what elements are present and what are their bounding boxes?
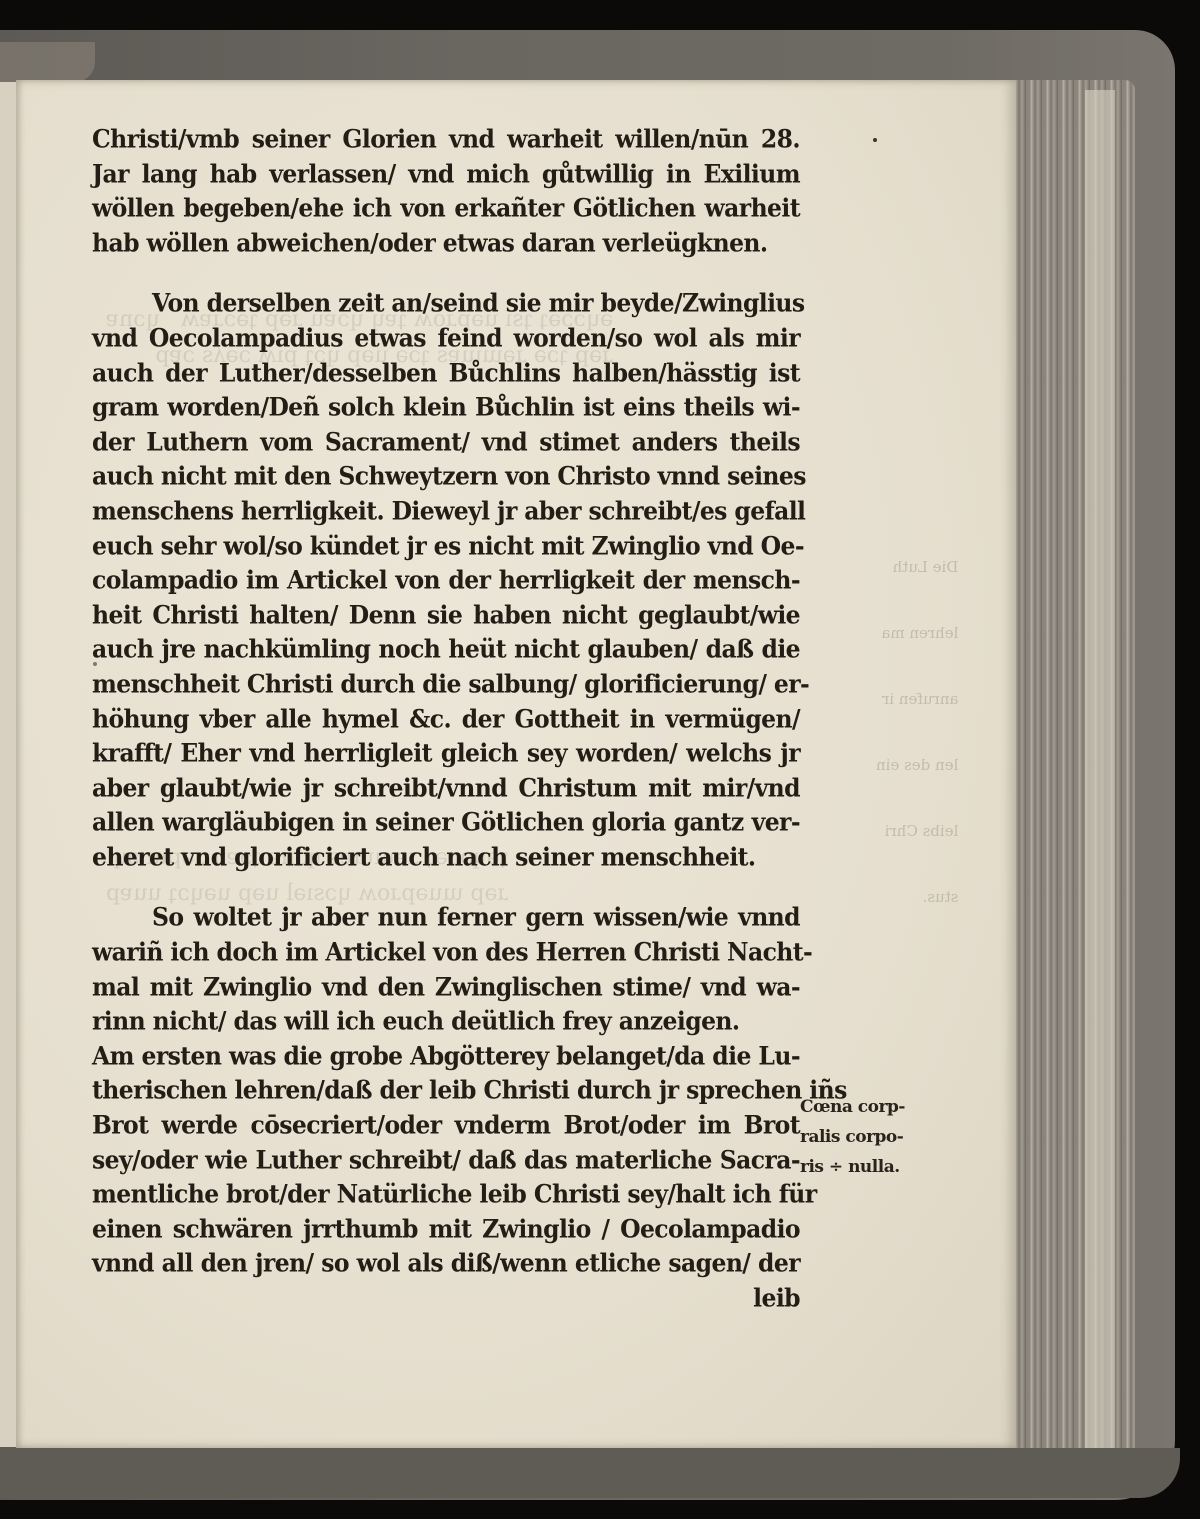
catchword: leib [92,1280,800,1317]
text-line: hab wöllen abweichen/oder etwas daran ve… [92,224,800,261]
binding-wear-patch [0,42,95,82]
bleed-line: leibs Chri [876,820,958,842]
text-line: vnnd all den jren/ so wol als diß/wenn e… [92,1245,800,1282]
text-line: colampadio im Artickel von der herrligke… [92,562,800,599]
text-line: vnd Oecolampadius etwas feind worden/so … [92,320,800,357]
text-line: sey/oder wie Luther schreibt/ daß das ma… [92,1141,800,1178]
bleed-line: len des ein [876,754,958,776]
text-line: höhung vber alle hymel &c. der Gottheit … [92,700,800,737]
page-block-edges [1010,80,1135,1490]
text-line: auch nicht mit den Schweytzern von Chris… [92,458,800,495]
text-line: Christi/vmb seiner Glorien vnd warheit w… [92,121,800,158]
text-line: wöllen begeben/ehe ich von erkañter Götl… [92,190,800,227]
paragraph-1: Christi/vmb seiner Glorien vnd warheit w… [92,122,800,260]
text-line: Brot werde cōsecriert/oder vnderm Brot/o… [92,1107,800,1144]
paragraph-gap [92,260,800,286]
main-text-block: Christi/vmb seiner Glorien vnd warheit w… [92,122,800,1316]
marginal-note-line: ralis corpo- [800,1122,930,1152]
bleed-line: anrufen ir [876,688,958,710]
show-through-marginal-note: Die Luth lehren ma anrufen ir len des ei… [876,512,958,952]
text-line: mentliche brot/der Natürliche leib Chris… [92,1176,800,1213]
text-line: gram worden/Deñ solch klein Bůchlin ist … [92,389,800,426]
text-line: eheret vnd glorificiert auch nach seiner… [92,838,800,875]
paragraph-gap [92,874,800,900]
marginal-note-line: Cœna corp- [800,1092,930,1122]
text-line: menschens herrligkeit. Dieweyl jr aber s… [92,493,800,530]
text-line: therischen lehren/daß der leib Christi d… [92,1072,800,1109]
text-line: euch sehr wol/so kündet jr es nicht mit … [92,527,800,564]
marginal-note-line: ris ÷ nulla. [800,1152,930,1182]
text-line: So woltet jr aber nun ferner gern wissen… [92,899,800,936]
text-line: allen wargläubigen in seiner Götlichen g… [92,804,800,841]
text-line: wariñ ich doch im Artickel von des Herre… [92,934,800,971]
text-line: krafft/ Eher vnd herrligleit gleich sey … [92,735,800,772]
text-line: auch jre nachkümling noch heüt nicht gla… [92,631,800,668]
ink-speck [873,138,877,142]
bleed-line: stus. [876,886,958,908]
bleed-line: Die Luth [876,556,958,578]
text-line: rinn nicht/ das will ich euch deütlich f… [92,1003,800,1040]
text-line: Am ersten was die grobe Abgötterey belan… [92,1037,800,1074]
paragraph-3: So woltet jr aber nun ferner gern wissen… [92,900,800,1281]
text-line: heit Christi halten/ Denn sie haben nich… [92,596,800,633]
text-line: der Luthern vom Sacrament/ vnd stimet an… [92,423,800,460]
paragraph-2: Von derselben zeit an/seind sie mir beyd… [92,286,800,874]
text-line: Von derselben zeit an/seind sie mir beyd… [92,285,800,322]
bleed-line: lehren ma [876,622,958,644]
text-line: auch der Luther/desselben Bůchlins halbe… [92,354,800,391]
marginal-note: Cœna corp- ralis corpo- ris ÷ nulla. [800,1092,930,1182]
page-block-highlight [1085,90,1115,1470]
book-cover-bottom [0,1448,1180,1498]
text-line: mal mit Zwinglio vnd den Zwinglischen st… [92,968,800,1005]
text-line: aber glaubt/wie jr schreibt/vnnd Christu… [92,769,800,806]
text-line: menschheit Christi durch die salbung/ gl… [92,666,800,703]
text-line: einen schwären jrrthumb mit Zwinglio / O… [92,1210,800,1247]
text-line: Jar lang hab verlassen/ vnd mich gůtwill… [92,155,800,192]
